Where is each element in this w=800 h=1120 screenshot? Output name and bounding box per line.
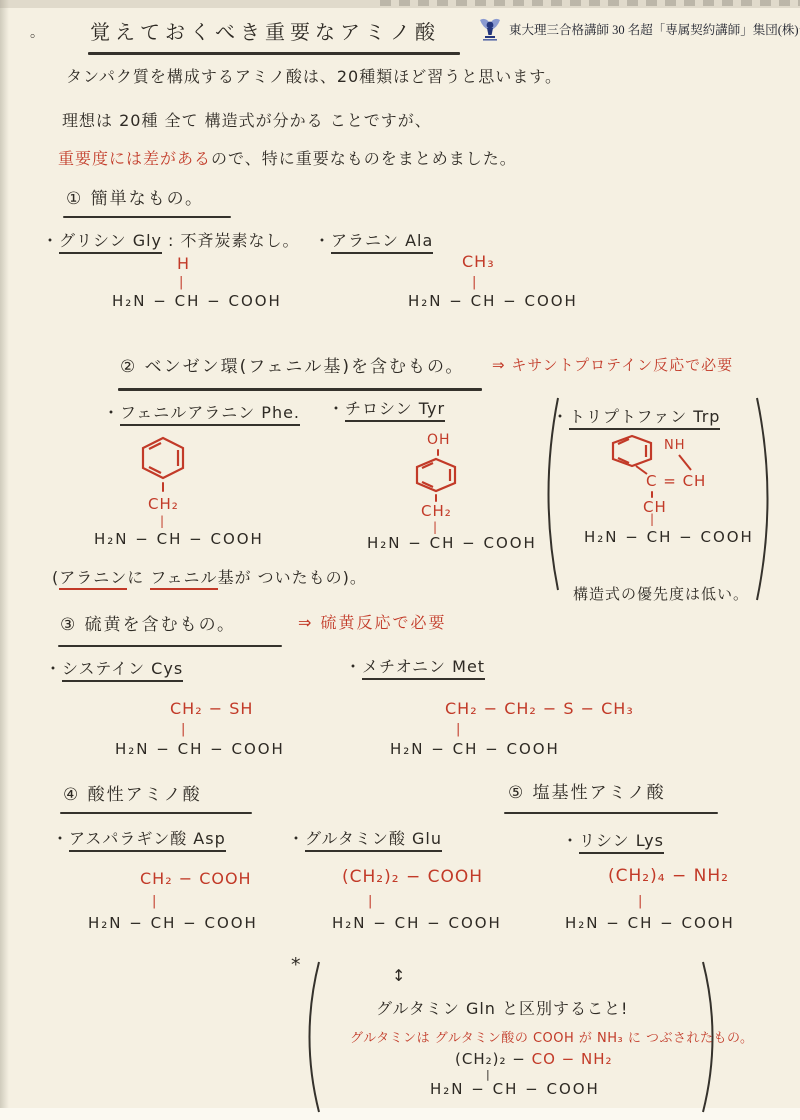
lysine-label: ・リシン Lys bbox=[562, 828, 664, 851]
cys-name: システイン Cys bbox=[62, 659, 183, 682]
section5-heading: ⑤ 塩基性アミノ酸 bbox=[508, 778, 666, 803]
trp-bond-line-upper bbox=[651, 491, 653, 498]
glutamine-formula: (CH₂)₂ − CO − NH₂ bbox=[455, 1050, 613, 1068]
paren-mid: に bbox=[127, 568, 150, 587]
intro-line-3-red: 重要度には差がある bbox=[58, 149, 211, 168]
asp-backbone: H₂N − CH − COOH bbox=[88, 914, 258, 932]
section2-reaction-note: ⇒ キサントプロテイン反応で必要 bbox=[492, 354, 733, 375]
phenylalanine-label: ・フェニルアラニン Phe. bbox=[103, 400, 300, 423]
footnote-line-2: グルタミンは グルタミン酸の COOH が NH₃ に つぶされたもの。 bbox=[350, 1027, 753, 1046]
phe-bullet: ・ bbox=[103, 403, 120, 422]
lys-bullet: ・ bbox=[562, 831, 579, 850]
trp-open-paren bbox=[538, 396, 560, 592]
cys-bullet: ・ bbox=[45, 659, 62, 678]
aspartate-label: ・アスパラギン酸 Asp bbox=[52, 826, 226, 849]
glu-name: グルタミン酸 Glu bbox=[305, 829, 442, 852]
gln-backbone: H₂N − CH − COOH bbox=[430, 1080, 600, 1098]
tryptophan-label: ・トリプトファン Trp bbox=[552, 404, 720, 427]
alanine-bond: | bbox=[472, 275, 476, 290]
gln-formula-black: (CH₂)₂ − bbox=[455, 1050, 526, 1068]
tyr-bond-line bbox=[435, 494, 437, 502]
footnote-open-paren bbox=[298, 960, 322, 1114]
alanine-side-chain: CH₃ bbox=[462, 252, 495, 271]
benzene-ring-icon bbox=[414, 457, 458, 493]
section4-underline bbox=[60, 812, 252, 814]
title-bullet: 。 bbox=[30, 22, 45, 42]
methionine-label: ・メチオニン Met bbox=[345, 654, 485, 677]
cysteine-label: ・システイン Cys bbox=[45, 656, 183, 679]
phe-name: フェニルアラニン Phe. bbox=[120, 403, 300, 426]
glycine-note: : 不斉炭素なし。 bbox=[168, 231, 299, 250]
section2-heading: ② ベンゼン環(フェニル基)を含むもの。 bbox=[120, 352, 464, 377]
glycine-side-chain: H bbox=[177, 254, 190, 273]
lys-side-chain: (CH₂)₄ − NH₂ bbox=[608, 866, 729, 886]
section3-heading: ③ 硫黄を含むもの。 bbox=[60, 610, 236, 635]
cys-side-chain: CH₂ − SH bbox=[170, 699, 253, 718]
glycine-backbone: H₂N − CH − COOH bbox=[112, 292, 282, 310]
alanine-label: ・アラニン Ala bbox=[314, 228, 433, 251]
phe-bond-line bbox=[162, 482, 164, 492]
footnote-line-1: グルタミン Gln と区別すること! bbox=[376, 996, 628, 1019]
angel-wings-logo-icon bbox=[478, 16, 502, 42]
trp-side-chain: CH bbox=[643, 498, 667, 516]
lys-backbone: H₂N − CH − COOH bbox=[565, 914, 735, 932]
trp-close-paren bbox=[754, 396, 780, 602]
glu-backbone: H₂N − CH − COOH bbox=[332, 914, 502, 932]
glu-bullet: ・ bbox=[288, 829, 305, 848]
phe-bond: | bbox=[160, 514, 164, 528]
met-backbone: H₂N − CH − COOH bbox=[390, 740, 560, 758]
cys-backbone: H₂N − CH − COOH bbox=[115, 740, 285, 758]
title-underline bbox=[88, 52, 460, 55]
met-bond: | bbox=[456, 722, 460, 737]
phe-side-chain: CH₂ bbox=[148, 495, 179, 513]
section1-underline bbox=[63, 216, 231, 218]
tyr-side-chain: CH₂ bbox=[421, 502, 452, 520]
glycine-label: ・グリシン Gly: 不斉炭素なし。 bbox=[42, 228, 300, 251]
tyr-name: チロシン Tyr bbox=[345, 399, 445, 422]
trp-priority-note: 構造式の優先度は低い。 bbox=[573, 583, 749, 604]
trp-nh-group: NH bbox=[664, 438, 686, 453]
met-bullet: ・ bbox=[345, 657, 362, 676]
page-title: 覚えておくべき重要なアミノ酸 bbox=[90, 16, 440, 45]
tyr-bond: | bbox=[433, 520, 437, 534]
glycine-bullet: ・ bbox=[42, 231, 59, 250]
paren-phenyl: フェニル bbox=[150, 568, 217, 590]
intro-line-3: 重要度には差があるので、特に重要なものをまとめました。 bbox=[58, 146, 517, 169]
lys-name: リシン Lys bbox=[579, 831, 664, 854]
tyr-backbone: H₂N − CH − COOH bbox=[367, 534, 537, 552]
glu-side-chain: (CH₂)₂ − COOH bbox=[342, 867, 483, 887]
glutamate-label: ・グルタミン酸 Glu bbox=[288, 826, 442, 849]
section3-reaction-note: ⇒ 硫黄反応で必要 bbox=[298, 610, 447, 633]
paren-rest: 基が ついたもの)。 bbox=[218, 568, 367, 587]
intro-line-2: 理想は 20種 全て 構造式が分かる ことですが、 bbox=[62, 108, 432, 131]
section1-heading: ① 簡単なもの。 bbox=[66, 184, 204, 209]
section5-underline bbox=[504, 812, 718, 814]
met-side-chain: CH₂ − CH₂ − S − CH₃ bbox=[445, 699, 634, 718]
page-left-shadow bbox=[0, 0, 9, 1120]
page-bottom-strip bbox=[0, 1108, 800, 1120]
phe-backbone: H₂N − CH − COOH bbox=[94, 530, 264, 548]
trp-name: トリプトファン Trp bbox=[569, 407, 720, 430]
tyr-bullet: ・ bbox=[328, 399, 345, 418]
alanine-phenyl-note: (アラニンに フェニル基が ついたもの)。 bbox=[52, 565, 367, 588]
asp-side-chain: CH₂ − COOH bbox=[140, 869, 252, 888]
footnote-updown-arrow-icon: ↕ bbox=[392, 966, 406, 985]
brand-block: 東大理三合格講師 30 名超「専属契約講師」集団(株)合格の天使 bbox=[478, 16, 800, 42]
trp-bond: | bbox=[650, 512, 654, 526]
paren-alanine: アラニン bbox=[59, 568, 127, 590]
page-top-cut-text bbox=[380, 0, 800, 6]
alanine-name: アラニン Ala bbox=[331, 231, 433, 254]
section2-underline bbox=[118, 388, 482, 391]
section3-underline bbox=[58, 645, 282, 647]
intro-line-1: タンパク質を構成するアミノ酸は、20種類ほど習うと思います。 bbox=[66, 64, 562, 87]
intro-line-3-rest: ので、特に重要なものをまとめました。 bbox=[211, 149, 517, 168]
gln-formula-red: CO − NH₂ bbox=[532, 1050, 613, 1068]
asp-bond: | bbox=[152, 894, 156, 909]
benzene-ring-icon bbox=[140, 436, 186, 480]
glycine-bond: | bbox=[179, 275, 183, 290]
asp-bullet: ・ bbox=[52, 829, 69, 848]
trp-nh-bond-line bbox=[676, 453, 694, 473]
tyr-oh-group: OH bbox=[427, 432, 451, 448]
tyr-oh-bond-line bbox=[437, 449, 439, 456]
brand-text: 東大理三合格講師 30 名超「専属契約講師」集団(株)合格の天使 bbox=[509, 20, 800, 38]
trp-backbone: H₂N − CH − COOH bbox=[584, 528, 754, 546]
section4-heading: ④ 酸性アミノ酸 bbox=[63, 780, 202, 805]
benzene-ring-icon bbox=[610, 434, 654, 468]
cys-bond: | bbox=[181, 722, 185, 737]
asp-name: アスパラギン酸 Asp bbox=[69, 829, 226, 852]
tyrosine-label: ・チロシン Tyr bbox=[328, 396, 445, 419]
alanine-backbone: H₂N − CH − COOH bbox=[408, 292, 578, 310]
alanine-bullet: ・ bbox=[314, 231, 331, 250]
glu-bond: | bbox=[368, 894, 372, 909]
lys-bond: | bbox=[638, 894, 642, 909]
trp-c-ch-group: C = CH bbox=[646, 472, 706, 490]
glycine-name: グリシン Gly bbox=[59, 231, 162, 254]
met-name: メチオニン Met bbox=[362, 657, 485, 680]
